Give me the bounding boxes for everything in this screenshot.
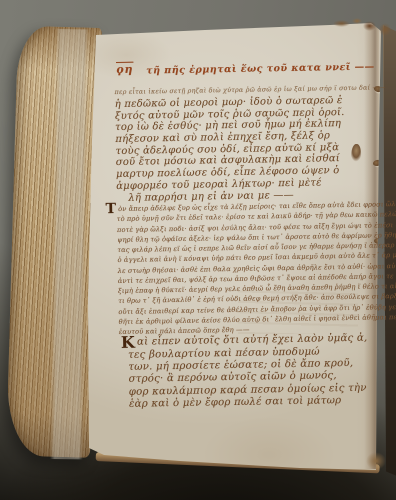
commentary-block: Τὸν ἄπειρ ἀδέλφε ξυρ ὡς εἶχε τὰ λέξῃ μεί… [116, 200, 368, 338]
edge-damage-4 [379, 23, 391, 36]
paragraph-block: Καὶ εἶπεν αὐτοῖς ὅτι αὐτή ἔχει λαὸν ὑμᾶς… [119, 333, 370, 411]
paragraph-line-text: αὶ εἶπεν αὐτοῖς ὅτι αὐτή ἔχει λαὸν ὑμᾶς … [137, 333, 368, 348]
folio-number: ϙη [116, 63, 134, 76]
rubric-heading: ϙη τῆ πῆς ἐρμηταὶ ἕως τοῦ κατα ννεῖ —— [114, 58, 364, 86]
rubric-title: τῆ πῆς ἐρμηταὶ ἕως τοῦ κατα ννεῖ —— [146, 61, 375, 76]
photo-backdrop: ϙη τῆ πῆς ἐρμηταὶ ἕως τοῦ κατα ννεῖ —— π… [0, 0, 396, 500]
edge-damage-5 [366, 452, 386, 470]
scripture-block: ἡ πεδῶκῶ οἱ μεοροὶ μωρ· ἰδοὺ ὁ σωταρεῶ ἐ… [115, 95, 367, 205]
text-block: ϙη τῆ πῆς ἐρμηταὶ ἕως τοῦ κατα ννεῖ —— π… [114, 58, 370, 412]
initial-tau: Τ [105, 204, 116, 214]
parchment-repair-strip [50, 29, 89, 459]
edge-damage-2 [352, 18, 362, 24]
edge-damage-3 [363, 21, 376, 31]
edge-damage-1 [333, 20, 350, 27]
sewing-station-2 [373, 159, 382, 166]
initial-kappa: Κ [121, 337, 135, 350]
